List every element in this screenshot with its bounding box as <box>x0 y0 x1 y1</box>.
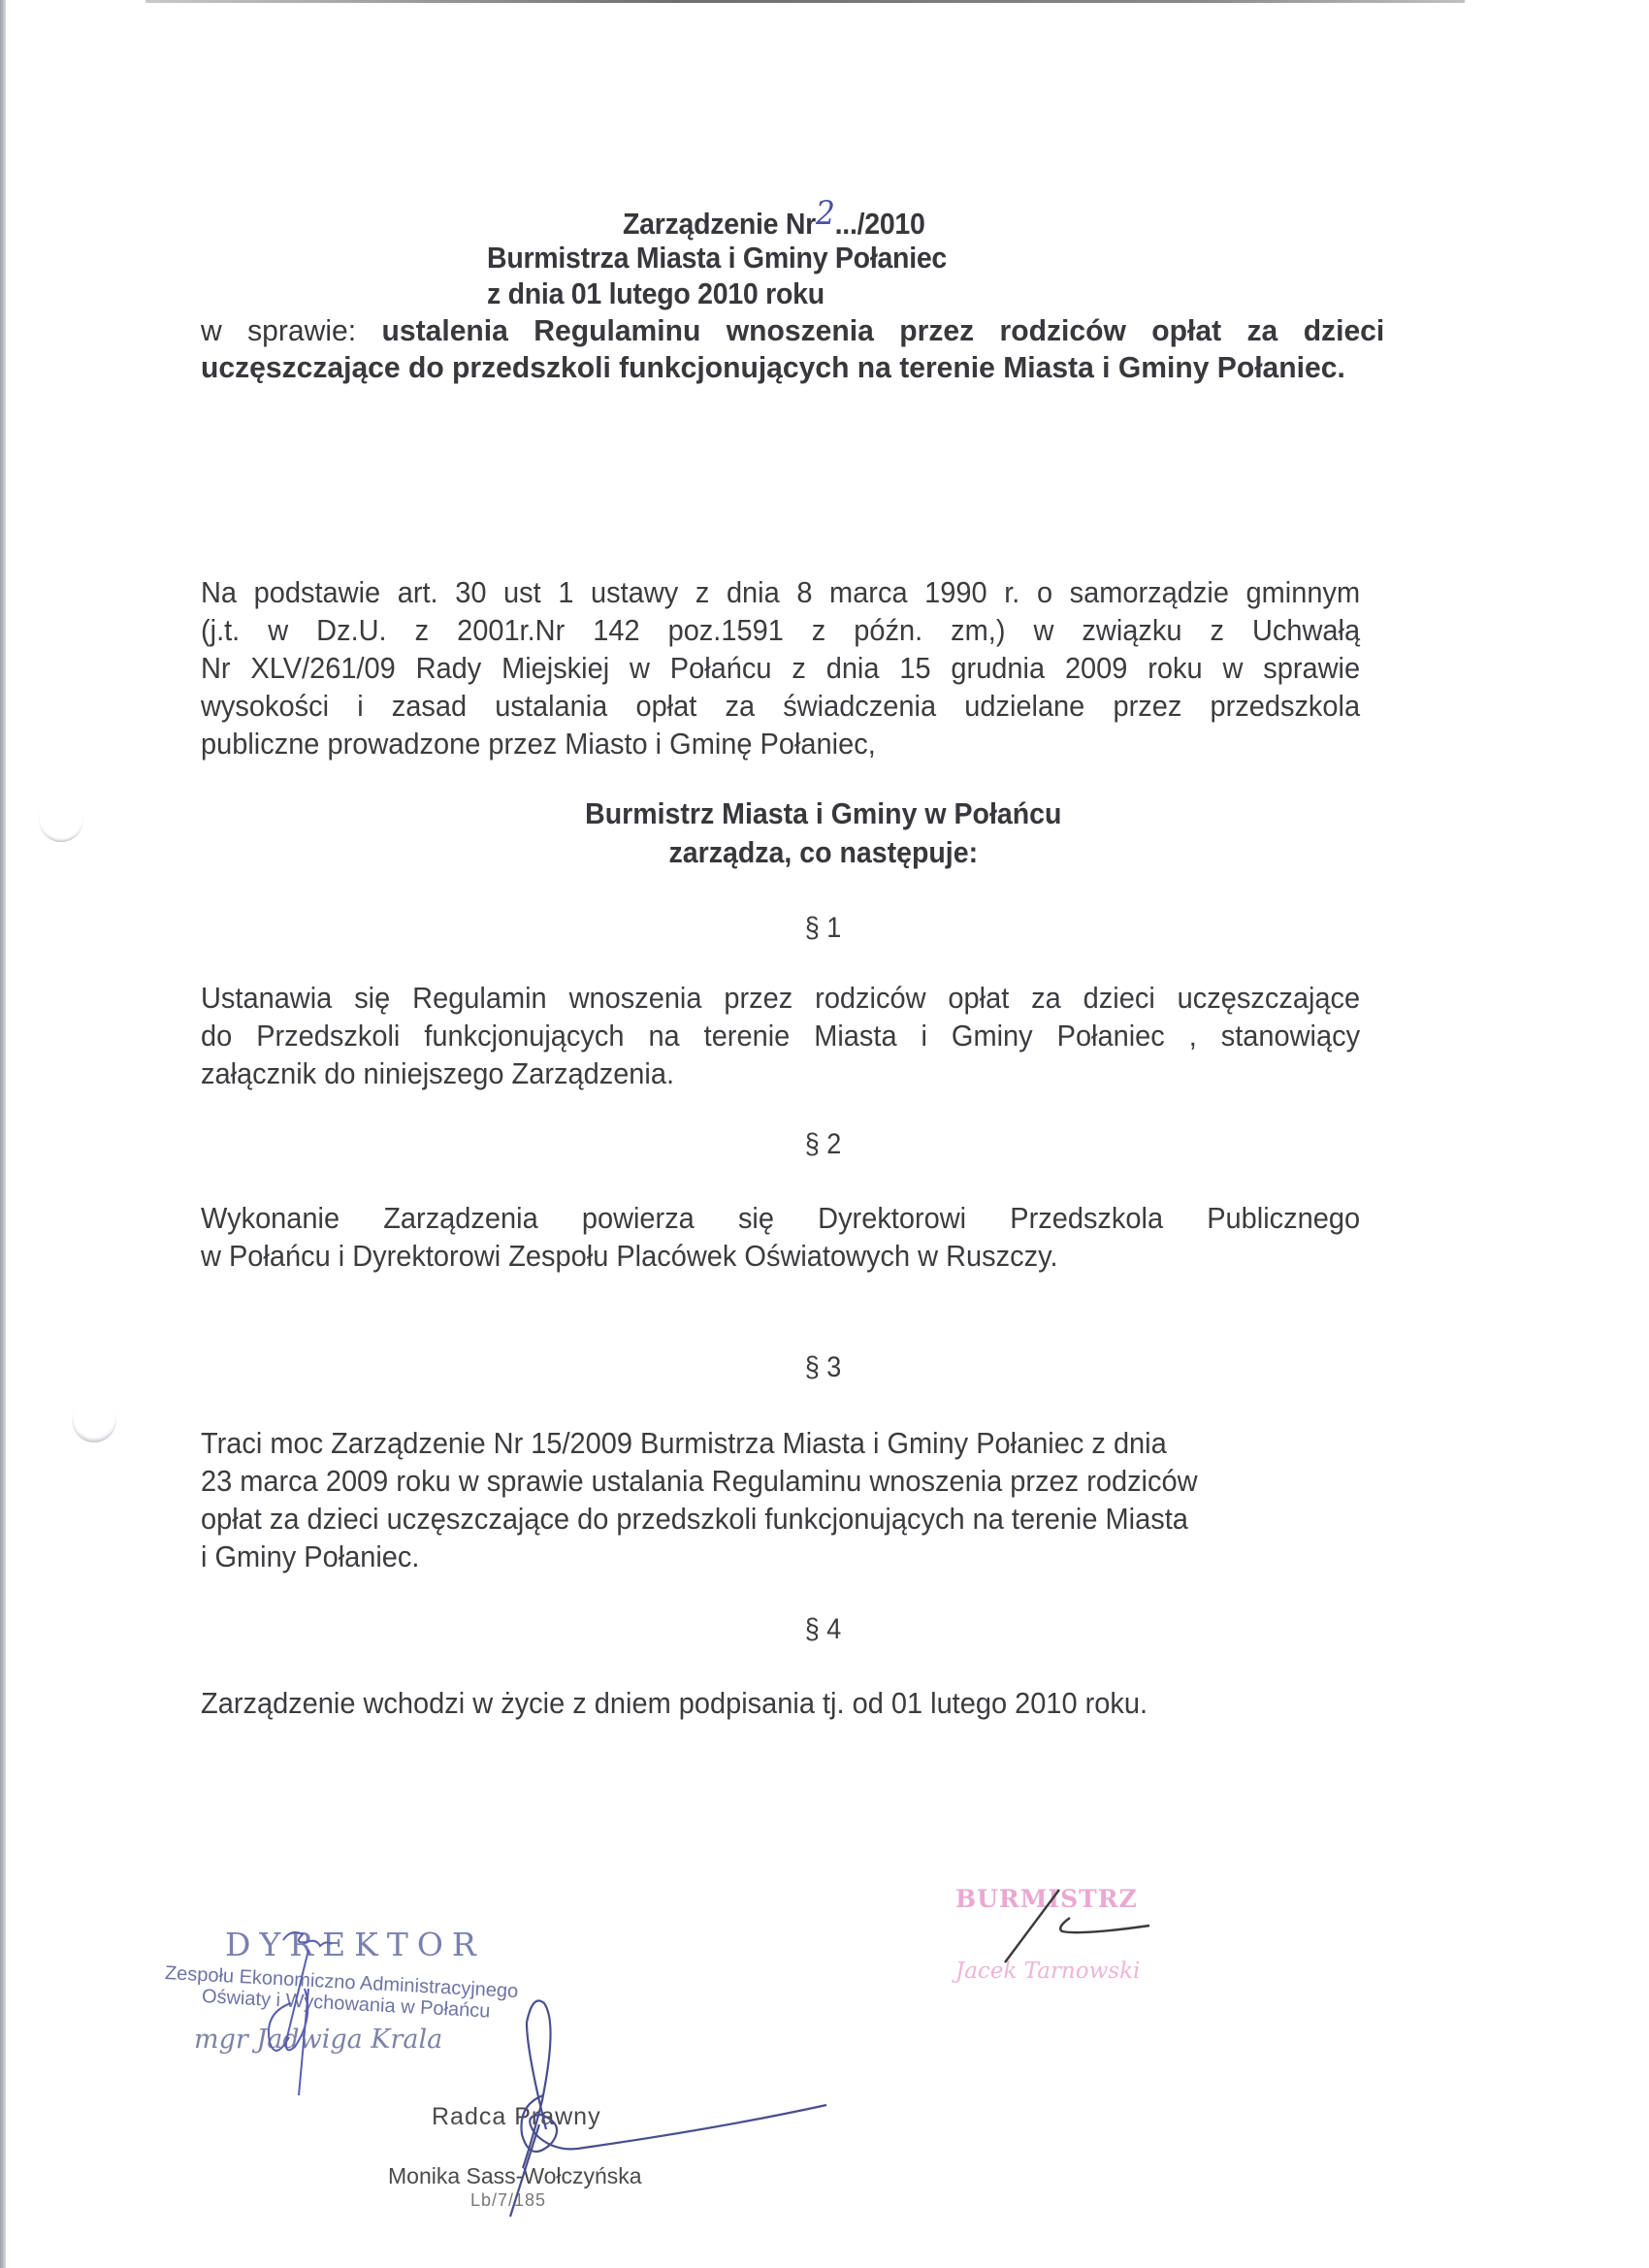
text-line: Na podstawie art. 30 ust 1 ustawy z dnia… <box>201 574 1360 612</box>
section-4-label: § 4 <box>81 1613 1566 1646</box>
document-date: z dnia 01 lutego 2010 roku <box>487 276 824 311</box>
text-line: 23 marca 2009 roku w sprawie ustalania R… <box>201 1463 1353 1501</box>
title-prefix: Zarządzenie Nr <box>623 207 816 241</box>
section-2-label: § 2 <box>81 1128 1566 1161</box>
authority-heading: Burmistrz Miasta i Gminy w Połańcu <box>65 796 1582 831</box>
document-title: Zarządzenie Nr2.../2010 <box>623 204 925 243</box>
authority-decree: zarządza, co następuje: <box>65 835 1582 870</box>
subject-text: ustalenia Regulaminu wnoszenia przez rod… <box>201 313 1384 384</box>
mayor-stamp-name: Jacek Tarnowski <box>955 1959 1140 1984</box>
mayor-stamp: BURMISTRZ Jacek Tarnowski <box>955 1885 1138 1913</box>
text-line: Wykonanie Zarządzenia powierza się Dyrek… <box>201 1200 1360 1238</box>
section-3-label: § 3 <box>81 1351 1566 1384</box>
text-line: Traci moc Zarządzenie Nr 15/2009 Burmist… <box>201 1425 1353 1463</box>
document-issuer: Burmistrza Miasta i Gminy Połaniec <box>487 241 947 275</box>
text-line: Ustanawia się Regulamin wnoszenia przez … <box>201 980 1360 1018</box>
punch-hole-mark <box>72 1398 116 1442</box>
text-line: w Połańcu i Dyrektorowi Zespołu Placówek… <box>201 1238 1360 1276</box>
legal-basis-paragraph: Na podstawie art. 30 ust 1 ustawy z dnia… <box>201 574 1360 763</box>
director-stamp-title: DYREKTOR <box>225 1926 485 1963</box>
section-1-label: § 1 <box>81 912 1566 945</box>
text-line: wysokości i zasad ustalania opłat za świ… <box>201 688 1360 726</box>
text-line: załącznik do niniejszego Zarządzenia. <box>201 1055 1360 1093</box>
subject-lead: w sprawie: <box>201 313 356 347</box>
section-3-text: Traci moc Zarządzenie Nr 15/2009 Burmist… <box>201 1425 1353 1576</box>
text-line: publiczne prowadzone przez Miasto i Gmin… <box>201 726 1360 763</box>
legal-counsel-name: Monika Sass-Wołczyńska <box>388 2163 642 2189</box>
text-line: i Gminy Połaniec. <box>201 1539 1353 1576</box>
scan-left-edge <box>0 0 6 2268</box>
section-1-text: Ustanawia się Regulamin wnoszenia przez … <box>201 980 1360 1093</box>
title-year: /2010 <box>857 207 925 241</box>
section-4-text: Zarządzenie wchodzi w życie z dniem podp… <box>201 1685 1360 1723</box>
text-line: Zarządzenie wchodzi w życie z dniem podp… <box>201 1685 1360 1723</box>
legal-counsel-reg-number: Lb/7/185 <box>470 2190 546 2211</box>
text-line: (j.t. w Dz.U. z 2001r.Nr 142 poz.1591 z … <box>201 612 1360 650</box>
director-stamp-name: mgr Jadwiga Krala <box>194 2025 442 2055</box>
handwritten-number: 2 <box>816 194 835 233</box>
title-dots: ... <box>835 207 857 241</box>
mayor-stamp-title: BURMISTRZ <box>955 1885 1138 1913</box>
text-line: do Przedszkoli funkcjonujących na tereni… <box>201 1018 1360 1055</box>
text-line: opłat za dzieci uczęszczające do przedsz… <box>201 1501 1353 1539</box>
document-subject: w sprawie: ustalenia Regulaminu wnoszeni… <box>201 312 1384 386</box>
scan-top-edge <box>145 0 1465 3</box>
text-line: Nr XLV/261/09 Rady Miejskiej w Połańcu z… <box>201 650 1360 688</box>
section-2-text: Wykonanie Zarządzenia powierza się Dyrek… <box>201 1200 1360 1276</box>
legal-counsel-title: Radca Prawny <box>432 2103 601 2131</box>
